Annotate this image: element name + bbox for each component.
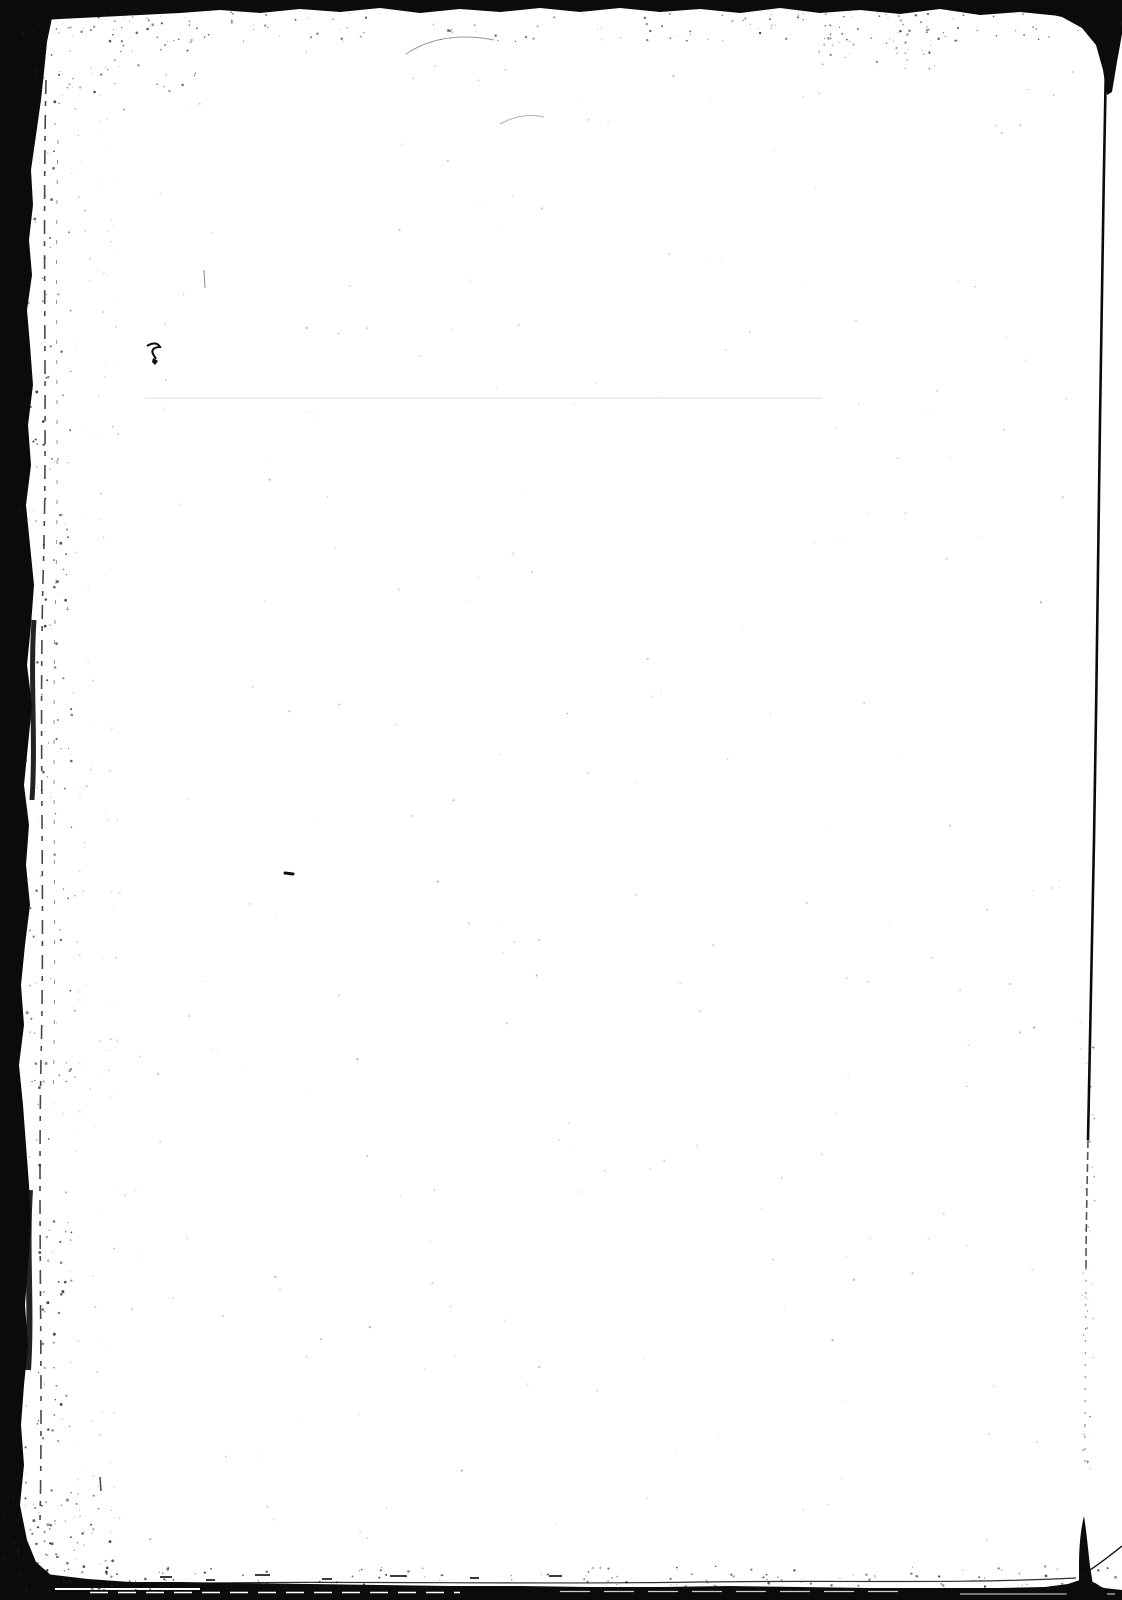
speck xyxy=(73,692,74,693)
speck xyxy=(607,1568,609,1570)
speck xyxy=(1085,1189,1086,1190)
speck xyxy=(162,6,164,8)
speck xyxy=(15,425,16,426)
speck xyxy=(1015,30,1016,31)
speck xyxy=(149,1538,151,1540)
speck xyxy=(29,97,30,98)
speck xyxy=(829,24,831,26)
speck xyxy=(109,1050,110,1051)
speck xyxy=(578,1588,580,1590)
speck xyxy=(830,33,832,35)
speck xyxy=(103,273,105,275)
speck xyxy=(67,462,68,463)
speck xyxy=(845,57,846,58)
speck xyxy=(887,17,888,18)
speck xyxy=(411,815,413,817)
bottom-fringe-dashes xyxy=(160,1575,562,1580)
speck xyxy=(89,257,91,259)
speck xyxy=(29,190,30,191)
speck xyxy=(601,27,602,28)
speck xyxy=(846,977,848,979)
speck xyxy=(181,84,183,86)
speck xyxy=(930,45,931,46)
speck xyxy=(71,1,73,3)
speck xyxy=(766,1574,768,1576)
speck xyxy=(45,598,47,600)
speck xyxy=(77,991,78,992)
speck xyxy=(434,65,436,67)
speck xyxy=(162,1573,164,1575)
speck xyxy=(70,1362,71,1363)
speck xyxy=(55,1385,57,1387)
speck xyxy=(242,11,243,12)
speck xyxy=(44,1384,45,1385)
speck xyxy=(17,167,19,169)
speck xyxy=(34,1062,37,1065)
speck xyxy=(102,184,103,185)
speck xyxy=(905,68,906,69)
speck xyxy=(151,23,154,26)
speck xyxy=(46,1523,49,1526)
speck xyxy=(104,575,105,576)
speck xyxy=(164,44,166,46)
speck xyxy=(400,1196,401,1197)
speck xyxy=(119,1089,120,1090)
speck xyxy=(896,52,898,54)
speck xyxy=(477,577,478,578)
speck xyxy=(424,1368,425,1369)
speck xyxy=(440,39,441,40)
speck xyxy=(907,49,908,50)
speck xyxy=(706,1580,707,1581)
speck xyxy=(568,1122,569,1123)
speck xyxy=(366,1155,368,1157)
speck xyxy=(1061,1583,1063,1585)
speck xyxy=(1006,337,1008,339)
speck xyxy=(36,1423,38,1425)
speck xyxy=(7,1496,10,1499)
speck xyxy=(109,1462,111,1464)
speck xyxy=(148,1583,149,1584)
speck xyxy=(70,1068,72,1070)
speck xyxy=(92,1533,93,1534)
speck xyxy=(65,1395,67,1397)
speck xyxy=(34,8,35,9)
speck xyxy=(450,1305,452,1307)
speck xyxy=(927,13,930,16)
speck xyxy=(714,1585,717,1588)
speck xyxy=(10,1513,12,1515)
speck xyxy=(600,1567,601,1568)
speck xyxy=(27,31,30,34)
speck xyxy=(71,827,72,828)
speck xyxy=(190,108,191,109)
speck xyxy=(437,880,439,882)
speck xyxy=(98,1485,100,1487)
speck xyxy=(651,696,652,697)
speck xyxy=(62,1419,63,1420)
speck xyxy=(958,281,960,283)
speck xyxy=(1084,1229,1086,1231)
speck xyxy=(232,13,234,15)
speck xyxy=(68,83,70,85)
speck xyxy=(80,797,81,798)
speck xyxy=(17,1444,19,1446)
speck xyxy=(229,1584,230,1585)
speck xyxy=(42,771,45,774)
speck xyxy=(945,36,946,37)
speck xyxy=(932,957,933,958)
speck xyxy=(1104,31,1106,33)
speck xyxy=(42,943,43,944)
speck xyxy=(78,135,79,136)
speck xyxy=(984,1577,985,1578)
speck xyxy=(79,1000,80,1001)
left-torn-edge xyxy=(0,0,130,1600)
speck xyxy=(17,832,19,834)
speck xyxy=(750,1569,752,1571)
speck xyxy=(99,121,100,122)
speck xyxy=(677,36,678,37)
speck xyxy=(159,1141,161,1143)
speck xyxy=(56,738,58,740)
speck xyxy=(12,1497,14,1499)
speck xyxy=(712,944,714,946)
speck xyxy=(222,1315,224,1317)
speck xyxy=(532,38,534,40)
speck xyxy=(1027,89,1029,91)
speck xyxy=(89,1088,90,1089)
speck xyxy=(51,10,52,11)
speck xyxy=(43,544,45,546)
speck xyxy=(110,1576,112,1578)
speck xyxy=(99,519,100,520)
speck xyxy=(165,1580,166,1581)
speck xyxy=(258,1580,259,1581)
speck xyxy=(59,514,61,516)
speck xyxy=(65,524,66,525)
speck xyxy=(54,666,57,669)
speck xyxy=(378,1577,380,1579)
speck xyxy=(98,17,100,19)
speck xyxy=(294,19,296,21)
speck xyxy=(117,1040,118,1041)
speck xyxy=(936,390,938,392)
speck xyxy=(29,929,31,931)
speck xyxy=(537,25,539,27)
speck xyxy=(635,782,636,783)
speck xyxy=(1019,1573,1021,1575)
speck xyxy=(582,13,583,14)
speck xyxy=(414,1586,416,1588)
speck xyxy=(643,1357,645,1359)
speck xyxy=(424,1576,425,1577)
speck xyxy=(962,1570,963,1571)
speck xyxy=(31,1533,33,1535)
speck xyxy=(360,36,362,38)
speck xyxy=(68,27,70,29)
speck xyxy=(33,510,34,511)
speck xyxy=(434,1189,436,1191)
speck xyxy=(497,923,498,924)
speck xyxy=(87,661,89,663)
speck xyxy=(67,897,69,899)
speck xyxy=(24,1153,25,1154)
speck xyxy=(41,694,43,696)
speck xyxy=(114,176,115,177)
speck xyxy=(777,1576,779,1578)
speck xyxy=(65,1231,66,1232)
speck xyxy=(99,1434,101,1436)
speck xyxy=(905,52,907,54)
speck xyxy=(53,1414,55,1416)
speck xyxy=(65,553,67,555)
speck xyxy=(547,1573,549,1575)
speck xyxy=(50,1489,52,1491)
speck xyxy=(79,1510,80,1511)
speck xyxy=(450,38,451,39)
speck xyxy=(27,1551,29,1553)
speck xyxy=(70,1239,72,1241)
speck xyxy=(635,894,637,896)
speck xyxy=(124,17,125,18)
speck xyxy=(184,17,185,18)
speck xyxy=(31,1081,32,1082)
speck xyxy=(20,351,22,353)
speck xyxy=(715,1566,716,1567)
speck xyxy=(771,14,772,15)
speck xyxy=(872,1588,873,1589)
speck xyxy=(2,19,4,21)
speck xyxy=(48,1138,50,1140)
speck xyxy=(1087,1226,1089,1228)
speck xyxy=(24,1446,26,1448)
speck xyxy=(601,39,602,40)
speck xyxy=(99,1338,100,1339)
speck xyxy=(64,1281,67,1284)
speck xyxy=(264,601,265,602)
speck xyxy=(361,1569,363,1571)
speck xyxy=(91,1581,93,1583)
speck xyxy=(27,302,29,304)
speck xyxy=(21,631,23,633)
speck xyxy=(53,1342,55,1344)
speck xyxy=(952,18,953,19)
speck xyxy=(1094,1200,1096,1202)
speck xyxy=(50,469,51,470)
speck xyxy=(95,434,96,435)
speck xyxy=(730,1574,732,1576)
speck xyxy=(23,226,25,228)
speck xyxy=(167,1567,169,1569)
speck xyxy=(620,37,621,38)
speck xyxy=(874,1575,876,1577)
speck xyxy=(527,1383,528,1384)
speck xyxy=(663,1160,665,1162)
speck xyxy=(853,1279,855,1281)
speck xyxy=(82,890,84,892)
speck xyxy=(749,331,750,332)
speck xyxy=(366,327,368,329)
speck xyxy=(1100,29,1101,30)
speck xyxy=(852,44,854,46)
speck xyxy=(55,642,58,645)
speck xyxy=(190,41,192,43)
speck xyxy=(269,479,271,481)
speck xyxy=(74,895,76,897)
speck xyxy=(349,13,350,14)
speck xyxy=(513,941,515,943)
speck xyxy=(1080,1048,1081,1049)
speck xyxy=(928,413,929,414)
speck xyxy=(252,686,254,688)
speck xyxy=(264,24,266,26)
speck xyxy=(265,1570,268,1573)
speck xyxy=(35,1543,37,1545)
speck xyxy=(771,24,773,26)
speck xyxy=(43,1540,45,1542)
speck xyxy=(29,1362,31,1364)
speck xyxy=(84,842,85,843)
speck xyxy=(926,29,929,32)
speck xyxy=(596,1390,598,1392)
speck xyxy=(359,1570,360,1571)
speck xyxy=(644,17,647,20)
speck xyxy=(116,1573,118,1575)
speck xyxy=(607,1581,608,1582)
speck xyxy=(135,1581,136,1582)
speck xyxy=(204,1572,206,1574)
speck xyxy=(63,888,64,889)
speck xyxy=(1083,1434,1084,1435)
speck xyxy=(21,33,24,36)
speck xyxy=(306,327,308,329)
speck xyxy=(17,404,19,406)
speck xyxy=(1088,1153,1089,1154)
speck xyxy=(166,74,168,76)
speck xyxy=(536,974,538,976)
speck xyxy=(157,1073,159,1075)
speck xyxy=(111,891,112,892)
speck xyxy=(943,32,944,33)
speck xyxy=(359,1530,361,1532)
speck xyxy=(154,2,156,4)
speck xyxy=(129,21,130,22)
speck xyxy=(889,39,890,40)
speck xyxy=(858,403,860,405)
speck xyxy=(48,1230,50,1232)
speck xyxy=(886,43,887,44)
speck xyxy=(242,1574,244,1576)
speck xyxy=(830,37,832,39)
speck xyxy=(14,199,16,201)
speck xyxy=(35,520,36,521)
speck xyxy=(689,30,691,32)
speck xyxy=(333,19,334,20)
speck xyxy=(70,1271,71,1272)
speck xyxy=(42,1308,45,1311)
speck xyxy=(99,131,100,132)
speck xyxy=(59,542,62,545)
speck xyxy=(156,84,157,85)
speck xyxy=(889,924,890,925)
speck xyxy=(66,1081,68,1083)
speck xyxy=(95,1306,97,1308)
speck xyxy=(836,1113,837,1114)
speck xyxy=(164,408,165,409)
speck xyxy=(802,96,803,97)
speck xyxy=(267,27,269,29)
speck xyxy=(810,1582,812,1584)
speck xyxy=(105,1571,108,1574)
speck xyxy=(124,7,126,9)
speck xyxy=(62,394,64,396)
speck xyxy=(65,1191,67,1193)
speck xyxy=(845,1256,847,1258)
speck xyxy=(187,50,189,52)
speck xyxy=(194,75,195,76)
speck xyxy=(253,25,254,26)
speck xyxy=(1089,1067,1090,1068)
speck xyxy=(976,30,977,31)
speck xyxy=(928,52,930,54)
scratch-arc-1 xyxy=(406,37,494,54)
speck xyxy=(583,1578,585,1580)
speck xyxy=(1032,890,1033,891)
speck xyxy=(99,95,100,96)
speck xyxy=(114,909,115,910)
speck xyxy=(1036,1441,1038,1443)
speck xyxy=(1093,1357,1094,1358)
speck xyxy=(109,40,112,43)
speck xyxy=(1053,94,1055,96)
speck xyxy=(369,1326,371,1328)
speck xyxy=(80,31,83,34)
speck xyxy=(20,509,22,511)
speck xyxy=(338,333,340,335)
speck xyxy=(1001,1569,1002,1570)
speck xyxy=(1087,1203,1088,1204)
speck xyxy=(93,25,96,28)
speck xyxy=(573,1146,574,1147)
speck xyxy=(49,624,50,625)
speck xyxy=(25,1473,26,1474)
speck xyxy=(1079,17,1081,19)
speck xyxy=(407,1570,410,1573)
speck xyxy=(316,415,318,417)
speck xyxy=(49,1524,51,1526)
speck xyxy=(824,38,825,39)
speck xyxy=(270,463,271,464)
speck xyxy=(84,231,85,232)
speck xyxy=(1072,71,1074,73)
speck xyxy=(22,544,23,545)
speck xyxy=(1089,1416,1091,1418)
speck xyxy=(1001,132,1003,134)
speck xyxy=(91,1588,94,1591)
speck xyxy=(111,220,113,222)
speck xyxy=(41,1505,43,1507)
speck xyxy=(60,748,62,750)
speck xyxy=(56,1556,59,1559)
speck xyxy=(211,1049,213,1051)
speck xyxy=(1093,1176,1095,1178)
speck xyxy=(1059,886,1060,887)
speck xyxy=(146,28,149,31)
speck xyxy=(1114,1576,1117,1579)
speck xyxy=(334,547,336,549)
speck xyxy=(43,830,44,831)
